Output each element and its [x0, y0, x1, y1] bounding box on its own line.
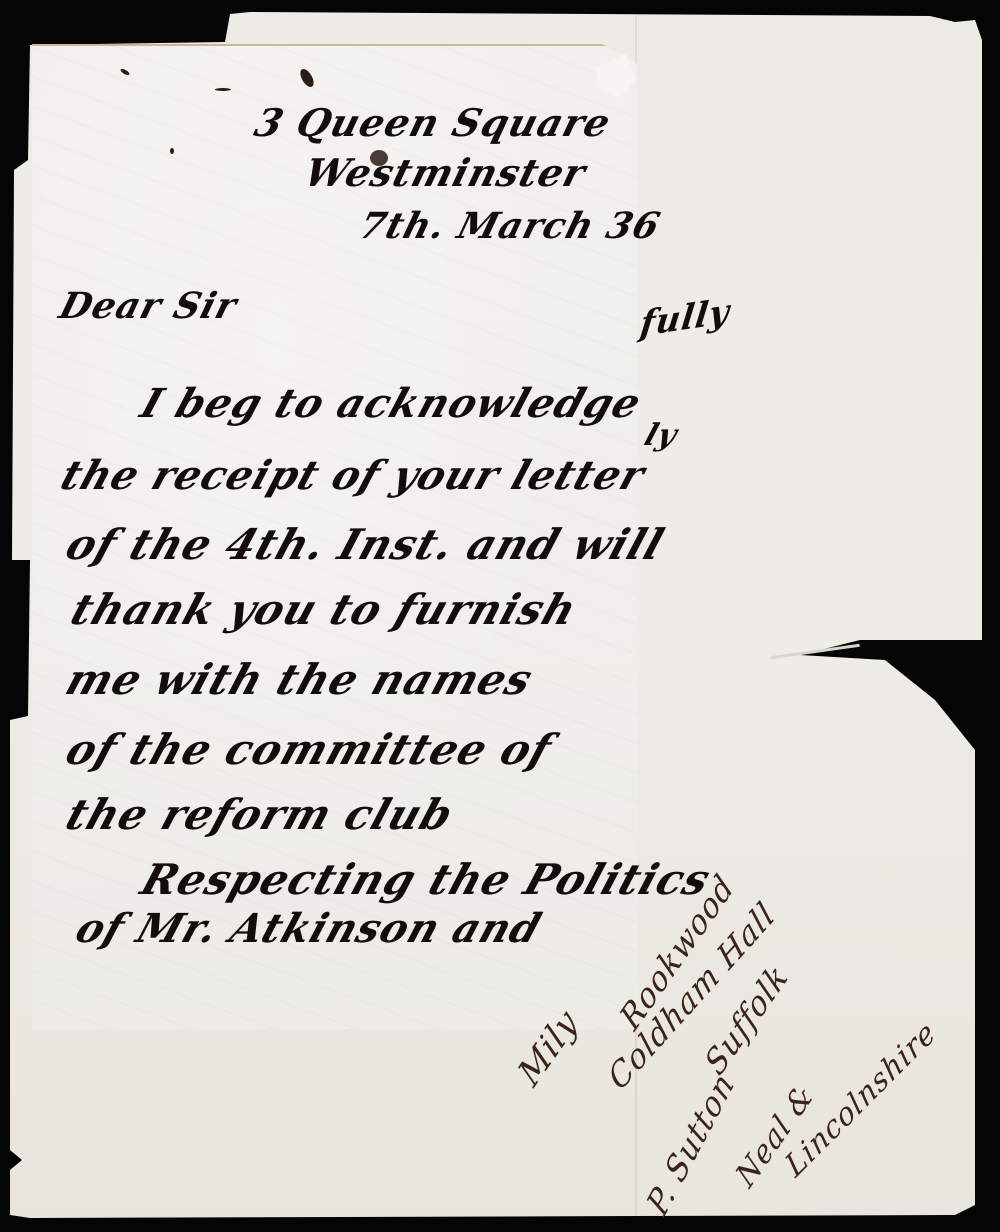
address-line-1: 3 Queen Square — [250, 100, 616, 145]
body-line: me with the names — [60, 655, 539, 704]
letter-date: 7th. March 36 — [355, 205, 665, 247]
body-line: the receipt of your letter — [55, 452, 651, 499]
ink-blot — [170, 148, 174, 154]
body-line: of Mr. Atkinson and — [70, 905, 548, 952]
body-line: the reform club — [60, 790, 460, 839]
body-line: I beg to acknowledge — [135, 380, 648, 427]
body-line: Respecting the Politics — [135, 855, 717, 904]
address-line-2: Westminster — [300, 150, 591, 195]
body-line: of the committee of — [60, 725, 558, 774]
salutation: Dear Sir — [55, 285, 242, 327]
body-line: of the 4th. Inst. and will — [60, 520, 671, 569]
ink-blot — [215, 88, 231, 91]
body-line: thank you to furnish — [65, 585, 583, 634]
